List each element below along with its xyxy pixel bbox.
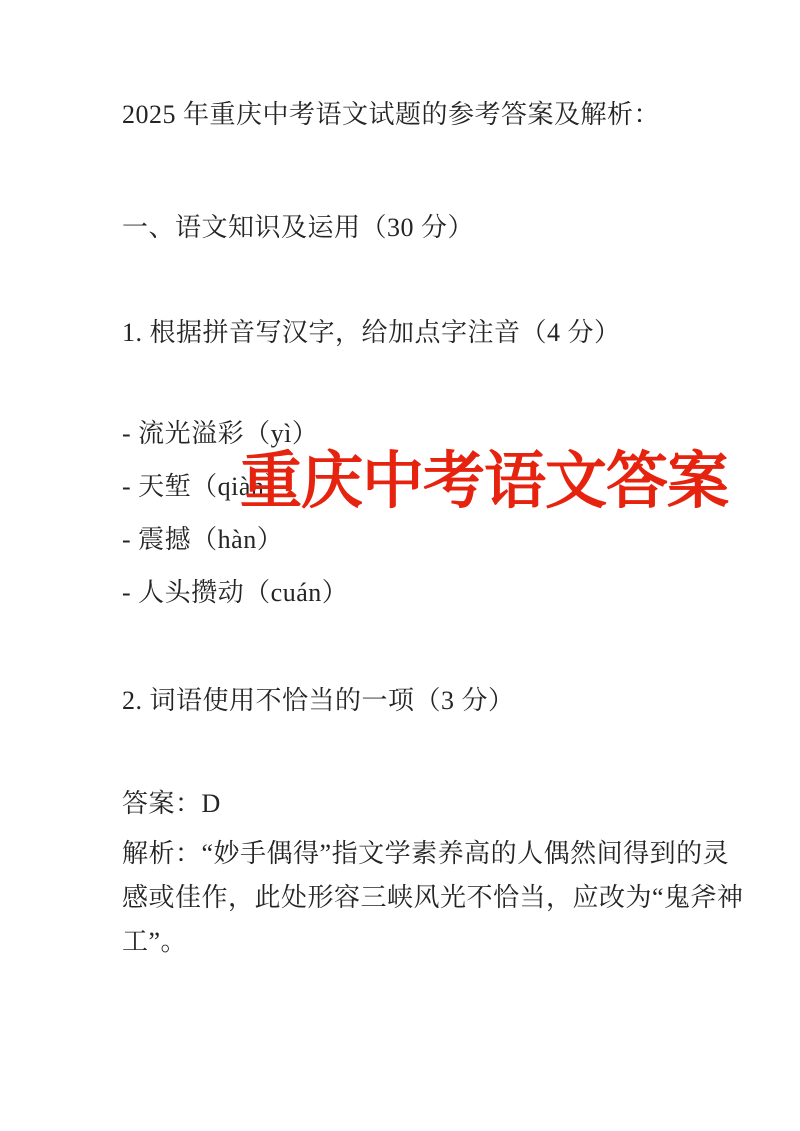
analysis-line: 工”。 <box>122 920 744 964</box>
answer-line: 答案：D <box>122 786 221 822</box>
red-watermark-text: 重庆中考语文答案 <box>240 444 728 520</box>
question-1: 1. 根据拼音写汉字，给加点字注音（4 分） <box>122 315 621 351</box>
document-title: 2025 年重庆中考语文试题的参考答案及解析： <box>122 97 660 133</box>
question-2: 2. 词语使用不恰当的一项（3 分） <box>122 683 515 719</box>
analysis-line: 感或佳作，此处形容三峡风光不恰当，应改为“鬼斧神 <box>122 876 744 920</box>
analysis-paragraph: 解析：“妙手偶得”指文学素养高的人偶然间得到的灵 感或佳作，此处形容三峡风光不恰… <box>122 832 744 964</box>
pinyin-list-item: - 震撼（hàn） <box>122 522 283 558</box>
pinyin-list-item: - 人头攒动（cuán） <box>122 575 348 611</box>
document-page: 2025 年重庆中考语文试题的参考答案及解析： 一、语文知识及运用（30 分） … <box>0 0 800 1131</box>
section-heading: 一、语文知识及运用（30 分） <box>122 210 474 246</box>
analysis-line: 解析：“妙手偶得”指文学素养高的人偶然间得到的灵 <box>122 832 744 876</box>
